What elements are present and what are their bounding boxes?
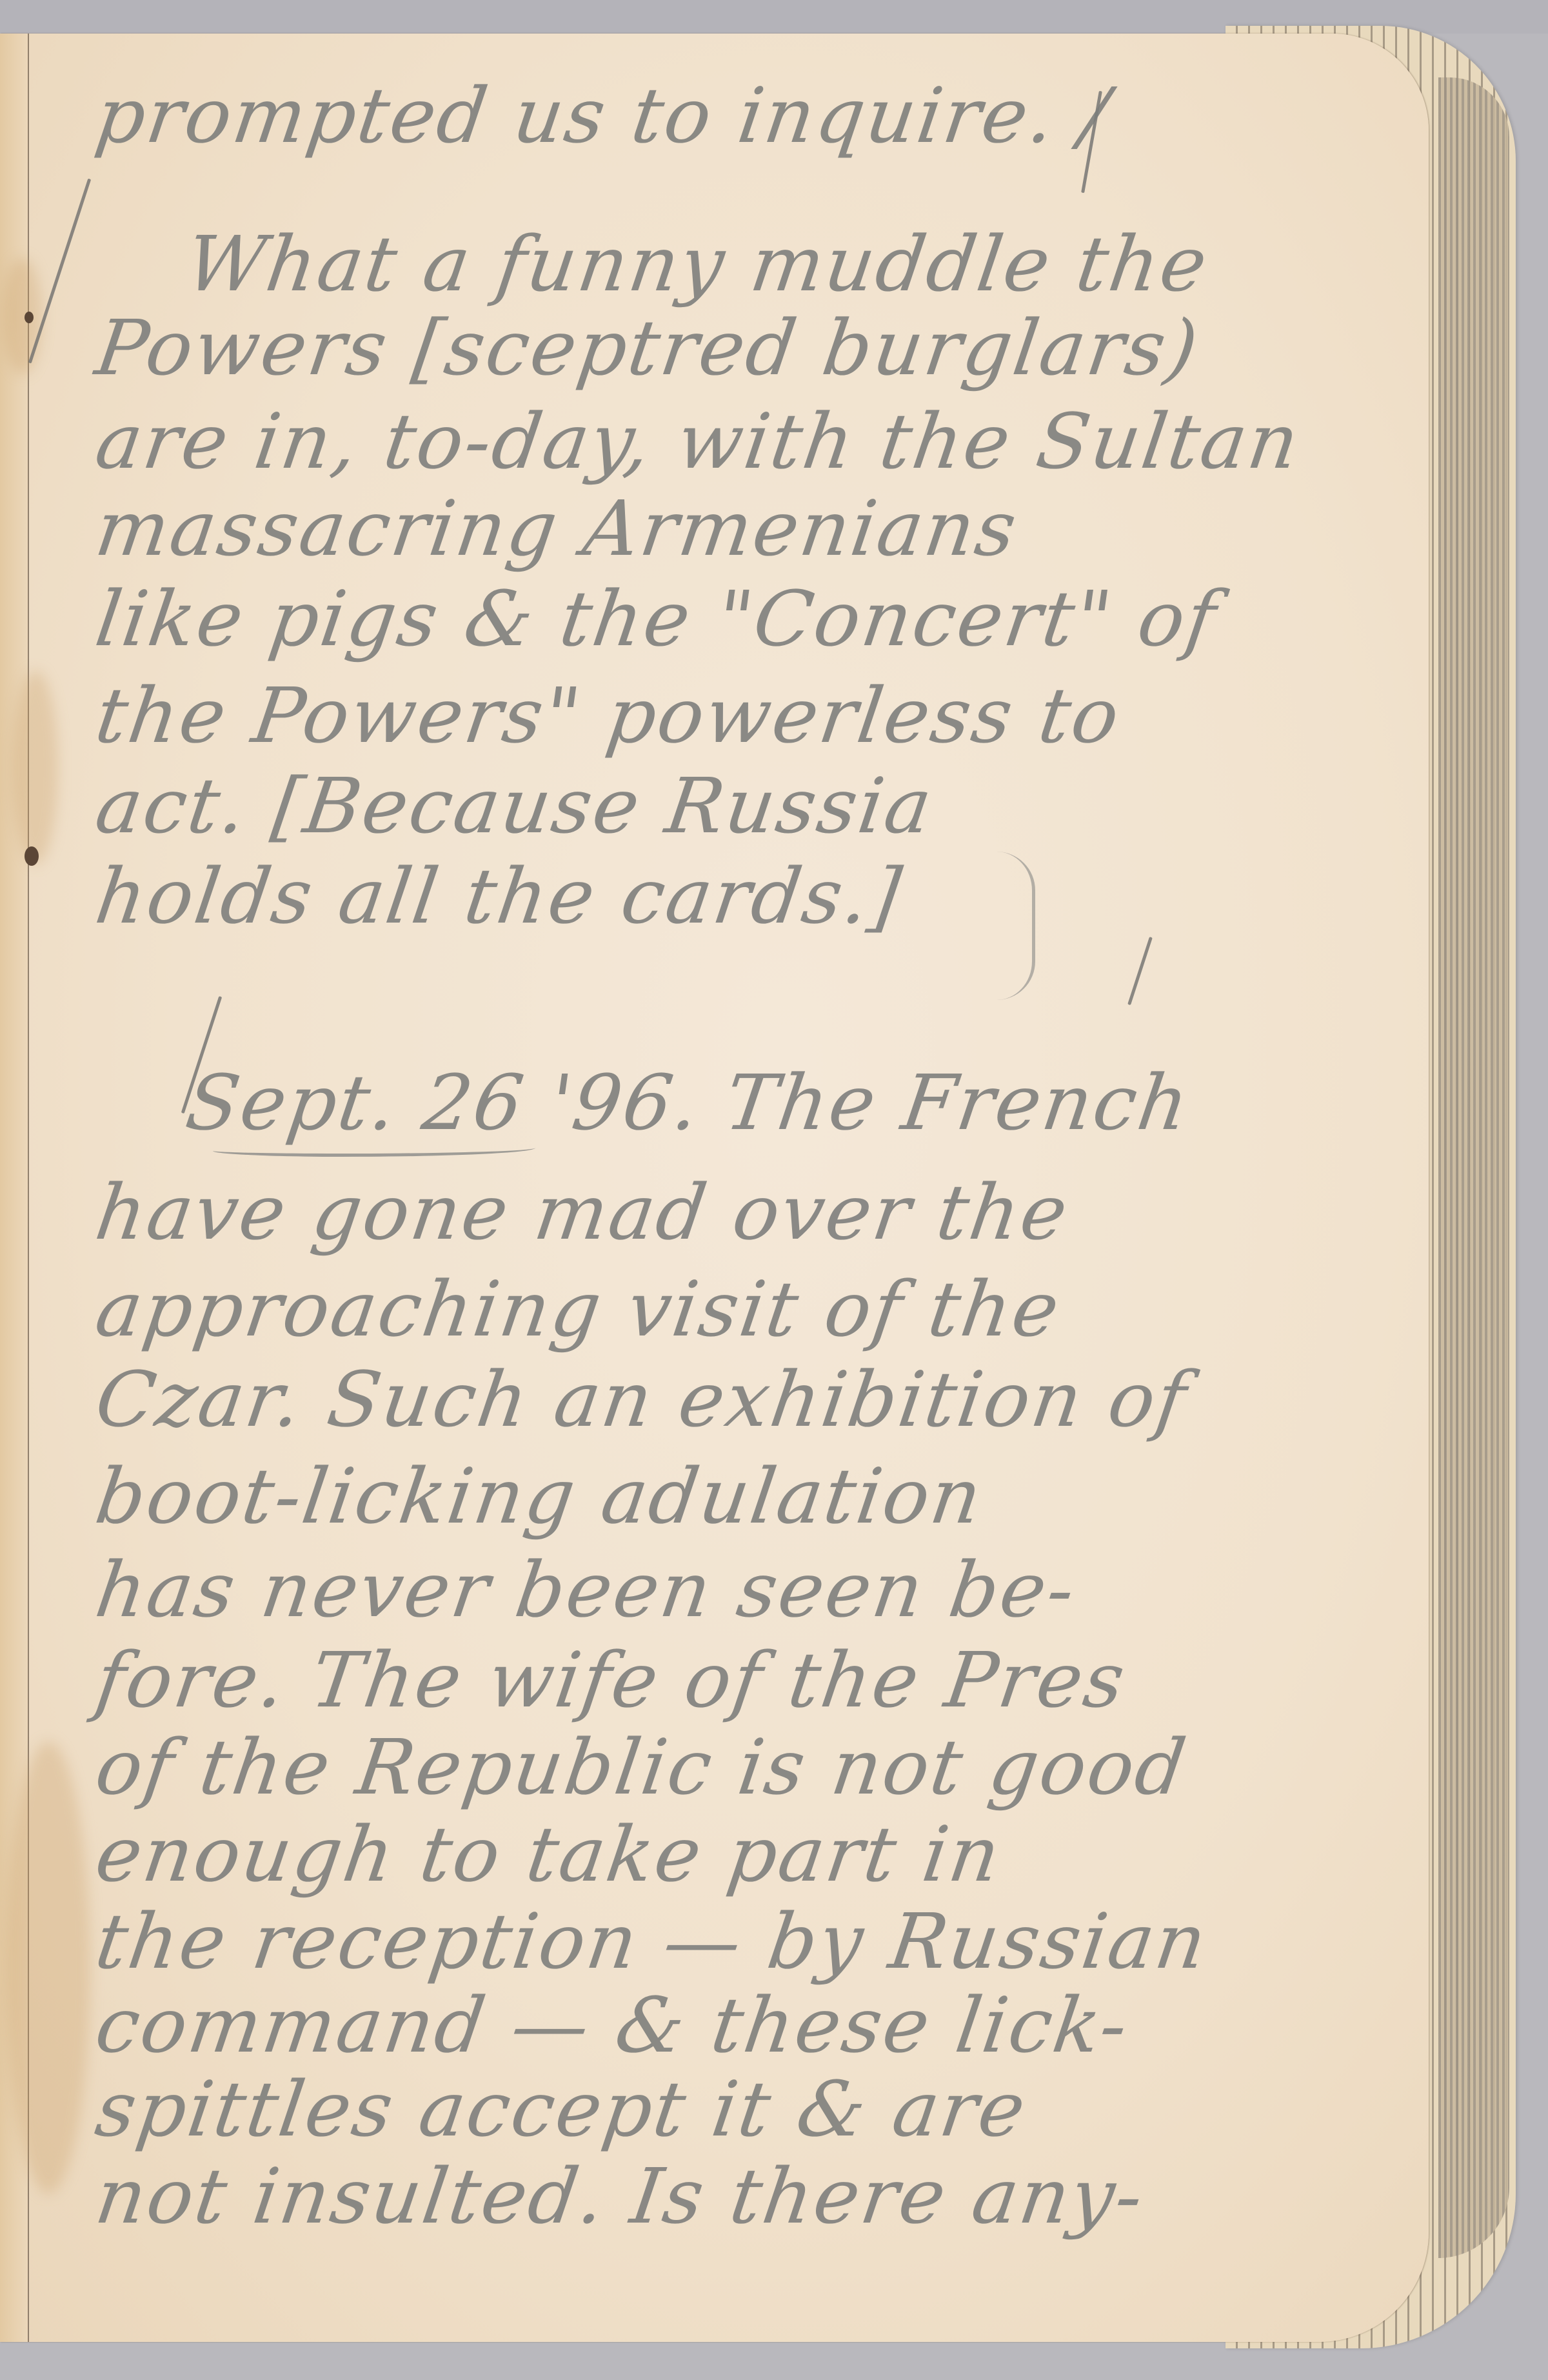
water-stain [6, 1742, 90, 2194]
text-line: prompted us to inquire. / [92, 77, 1115, 154]
text-line: have gone mad over the [92, 1174, 1074, 1250]
closing-bracket-mark [961, 852, 1035, 1000]
text-line: of the Republic is not good [92, 1729, 1192, 1805]
water-stain [13, 671, 58, 865]
ink-blot [25, 312, 34, 323]
text-line: Powers [sceptred burglars) [92, 310, 1204, 386]
text-line: like pigs & the "Concert" of [92, 581, 1222, 657]
text-line: holds all the cards.] [92, 858, 908, 934]
text-line: massacring Armenians [92, 490, 1023, 566]
text-line: command — & these lick- [92, 1987, 1134, 2063]
text-line: enough to take part in [92, 1816, 1006, 1892]
water-stain [3, 258, 42, 374]
text-line: Czar. Such an exhibition of [92, 1361, 1193, 1437]
text-line: act. [Because Russia [92, 768, 938, 844]
page-stack-edge-dark [1438, 77, 1509, 2258]
text-line: the Powers" powerless to [92, 677, 1126, 754]
text-line: are in, to-day, with the Sultan [92, 403, 1305, 479]
text-line: has never been seen be- [92, 1552, 1081, 1628]
text-line: spittles accept it & are [92, 2071, 1032, 2147]
entry-date-line: Sept. 26 '96. The French [182, 1065, 1195, 1141]
text-line: approaching visit of the [92, 1271, 1066, 1347]
text-line: What a funny muddle the [182, 226, 1213, 302]
text-line: the reception — by Russian [92, 1903, 1213, 1979]
text-line: fore. The wife of the Pres [92, 1642, 1131, 1718]
text-line: not insulted. Is there any- [92, 2158, 1149, 2234]
text-line: boot-licking adulation [92, 1458, 988, 1534]
ink-blot [25, 846, 39, 866]
